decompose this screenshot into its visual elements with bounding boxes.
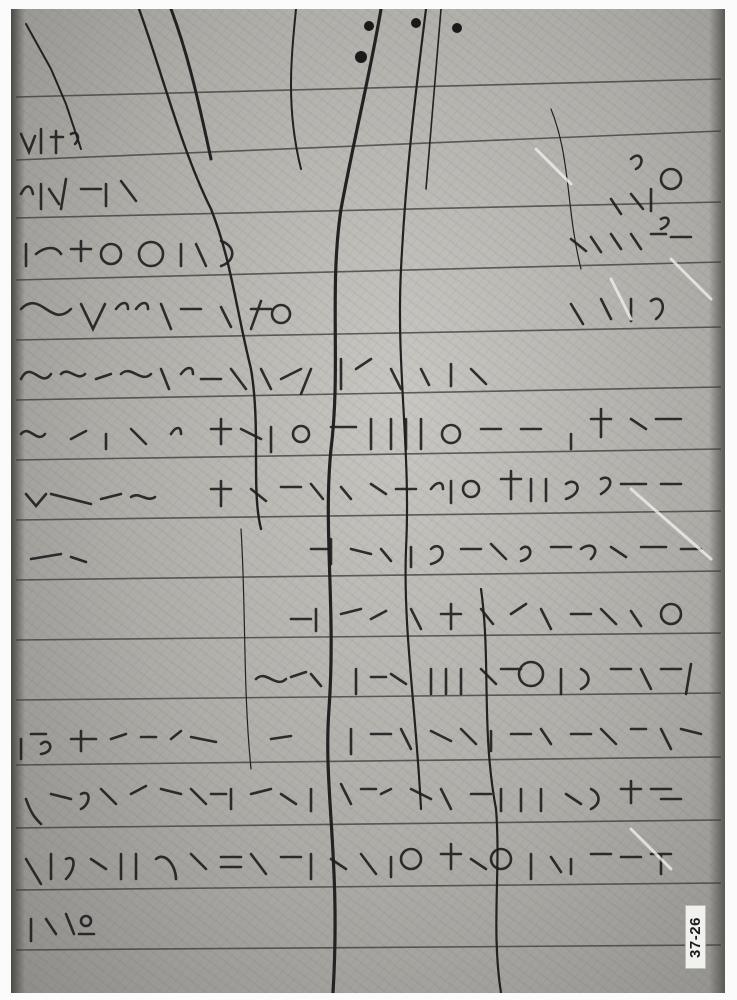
scratches xyxy=(536,149,711,869)
ruled-lines xyxy=(16,79,721,950)
writing-board xyxy=(11,9,725,993)
catalog-label: 37-26 xyxy=(685,905,706,969)
board-markings xyxy=(11,9,725,993)
catalog-number: 37-26 xyxy=(687,917,704,958)
hieratic-text xyxy=(21,129,701,941)
